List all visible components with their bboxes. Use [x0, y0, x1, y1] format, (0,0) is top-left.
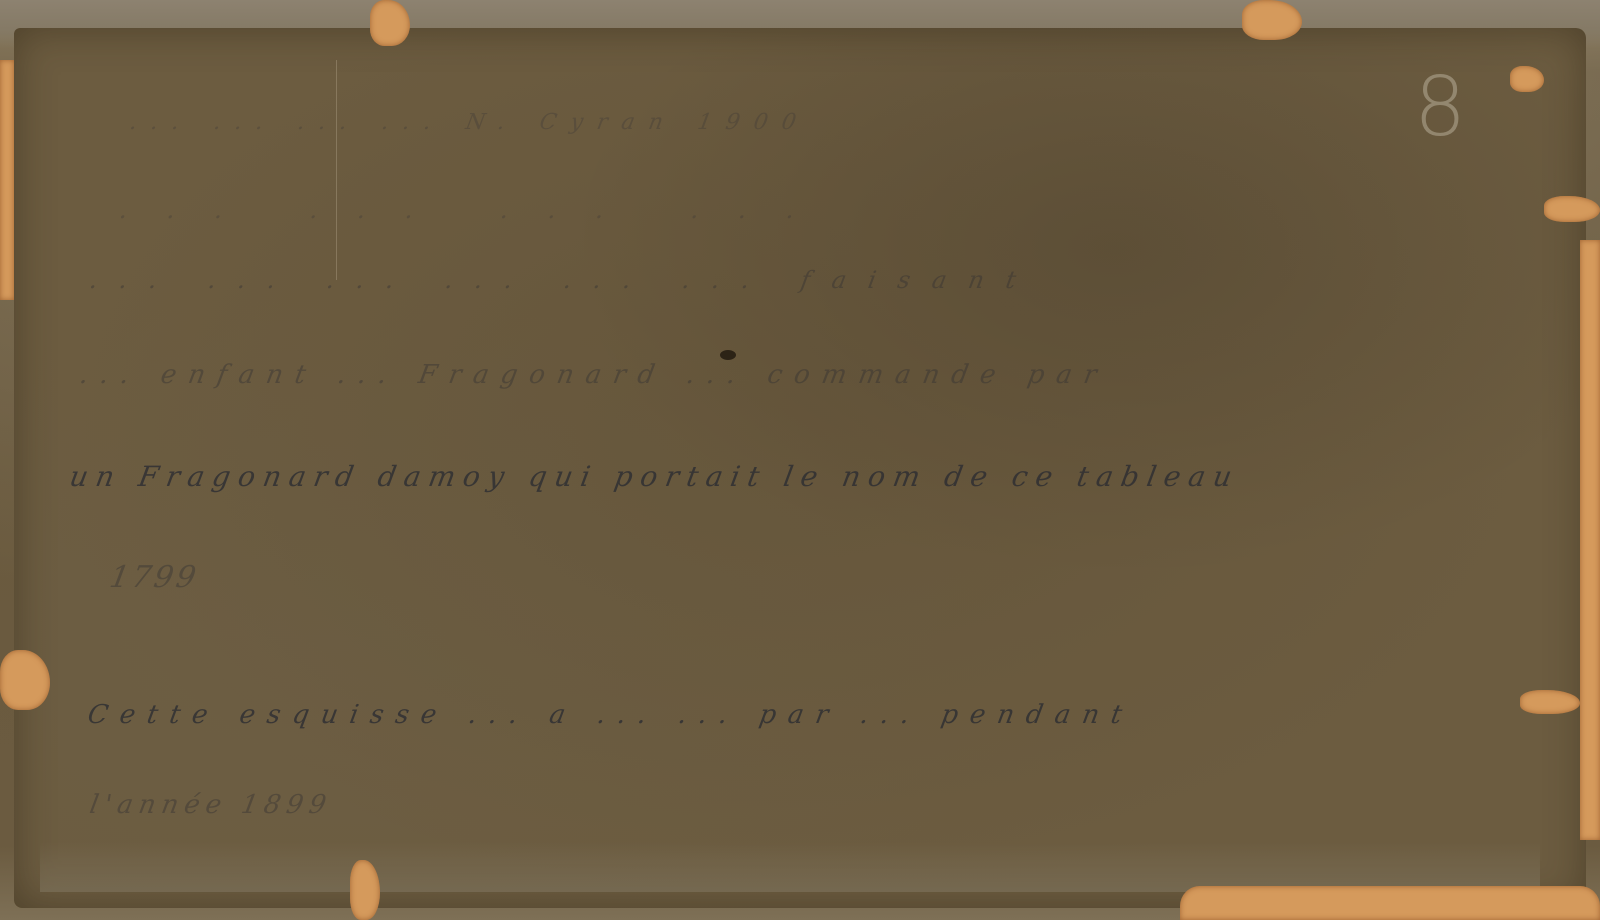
wood-chip-right-lower: [1520, 690, 1580, 714]
wood-chip-left-edge: [0, 60, 14, 300]
inscription-line-5: un Fragonard damoy qui portait le nom de…: [67, 460, 1242, 493]
dark-spot: [720, 350, 736, 360]
wood-chip-top-corner: [1510, 66, 1544, 92]
inscription-line-3: ... ... ... ... ... ... faisant: [88, 266, 1041, 294]
inscription-line-8: l'année 1899: [87, 790, 334, 820]
inscription-line-6: 1799: [107, 560, 202, 595]
bottom-worn-edge: [40, 842, 1540, 892]
wood-chip-right-edge: [1580, 240, 1600, 840]
inscription-line-1: ... ... ... ... N. Cyran 1900: [128, 110, 812, 135]
inscription-line-2: ... ... ... ...: [118, 196, 837, 224]
lot-number-chalk: 8: [1414, 60, 1466, 155]
inscription-line-7: Cette esquisse ... a ... ... par ... pen…: [85, 700, 1136, 730]
wood-chip-right-upper: [1544, 196, 1600, 222]
inscription-line-4: ... enfant ... Fragonard ... commande pa…: [77, 360, 1111, 390]
wood-chip-top-left: [370, 0, 410, 46]
vertical-scratch: [336, 60, 337, 280]
wood-chip-bottom-right: [1180, 886, 1600, 920]
wood-chip-top-right: [1242, 0, 1302, 40]
